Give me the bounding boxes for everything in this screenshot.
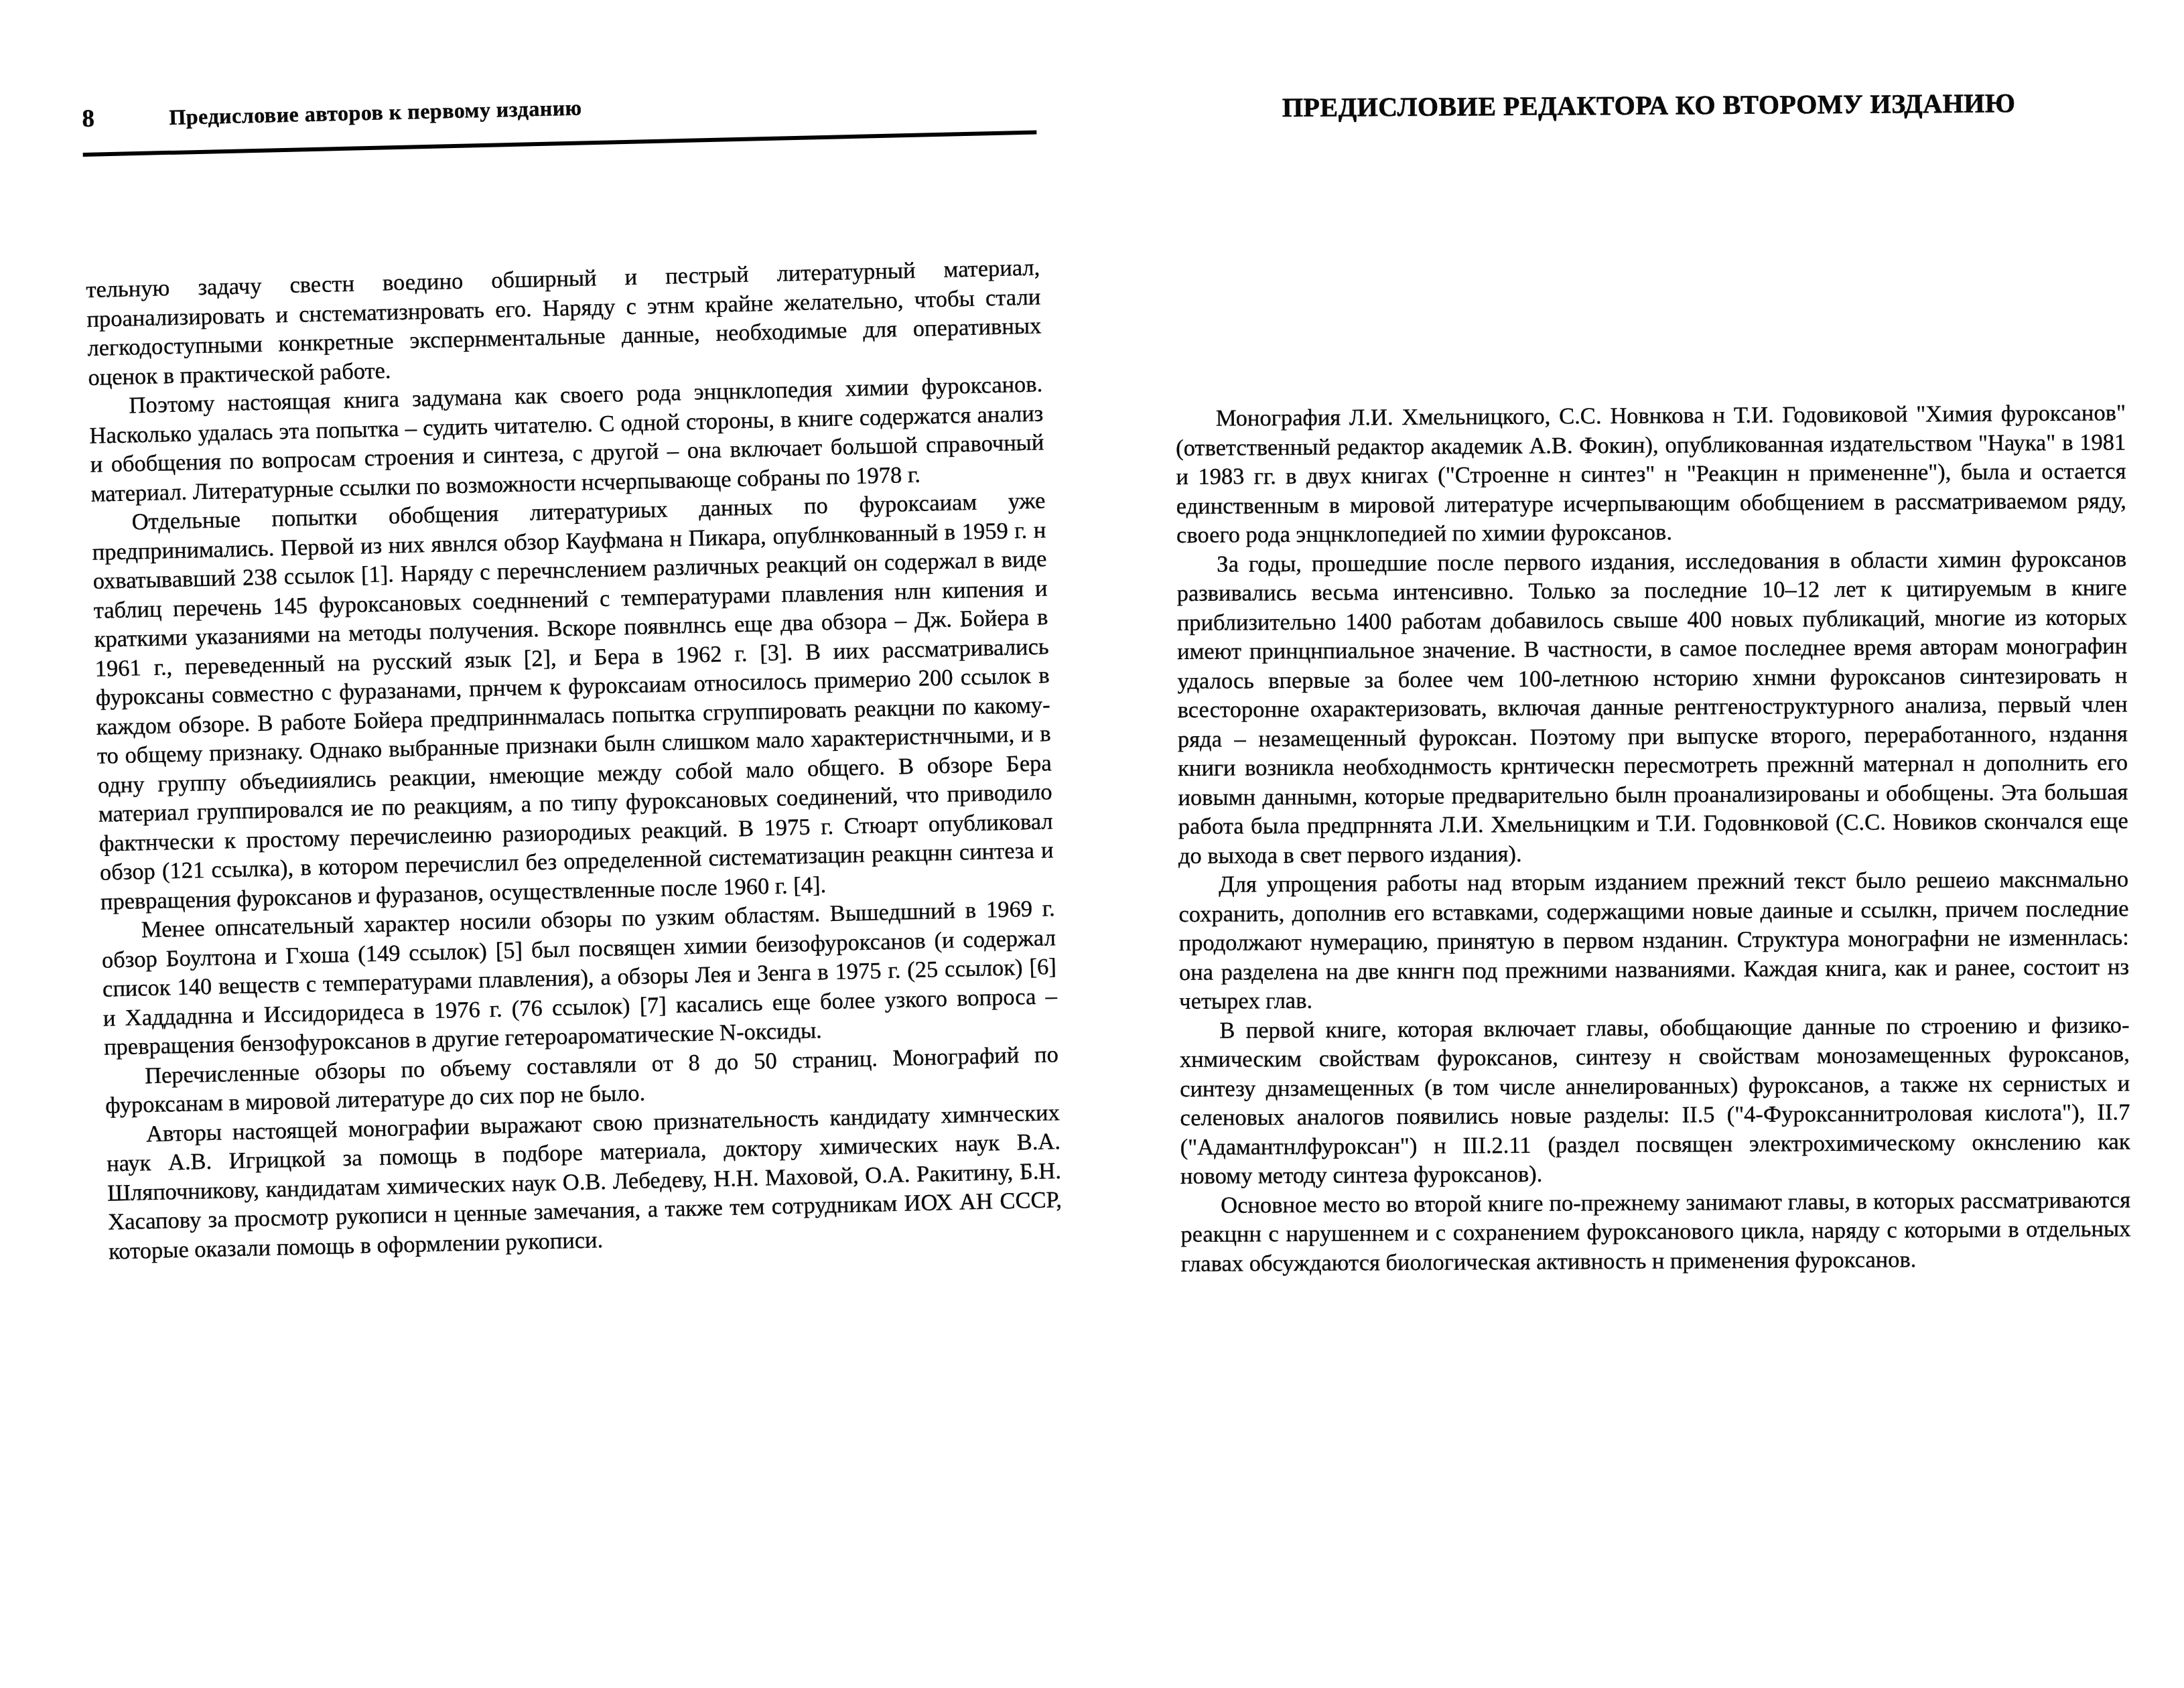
paragraph: За годы, прошедшие после первого издания… <box>1176 545 2128 871</box>
paragraph: Поэтому настоящая книга задумана как сво… <box>88 370 1045 509</box>
left-page: 8 Предисловие авторов к первому изданию … <box>82 83 1063 1266</box>
right-page-body: Монография Л.И. Хмельницкого, С.С. Новнк… <box>1176 399 2131 1279</box>
paragraph: Менее опнсательный характер носили обзор… <box>101 894 1059 1062</box>
book-spread-scan: 8 Предисловие авторов к первому изданию … <box>0 0 2184 1688</box>
paragraph: Основное место во второй книге по-прежне… <box>1180 1186 2131 1279</box>
paragraph: Для упрощения работы над вторым изданием… <box>1178 865 2129 1016</box>
paragraph: тельную задачу свестн воедино обширный и… <box>86 253 1042 393</box>
left-page-body: тельную задачу свестн воедино обширный и… <box>86 253 1063 1266</box>
paragraph: Отдельные попытки обобщения литературиых… <box>91 486 1054 916</box>
page-number: 8 <box>82 104 169 133</box>
paragraph: Монография Л.И. Хмельницкого, С.С. Новнк… <box>1176 399 2126 550</box>
left-page-header: 8 Предисловие авторов к первому изданию <box>82 83 1036 133</box>
paragraph: Авторы настоящей монографии выражают сво… <box>106 1099 1063 1267</box>
running-title: Предисловие авторов к первому изданию <box>169 94 582 131</box>
chapter-title: ПРЕДИСЛОВИЕ РЕДАКТОРА КО ВТОРОМУ ИЗДАНИЮ <box>1174 86 2124 125</box>
header-rule <box>83 130 1037 157</box>
paragraph: В первой книге, которая включает главы, … <box>1179 1011 2130 1192</box>
right-page: ПРЕДИСЛОВИЕ РЕДАКТОРА КО ВТОРОМУ ИЗДАНИЮ… <box>1174 86 2131 1279</box>
